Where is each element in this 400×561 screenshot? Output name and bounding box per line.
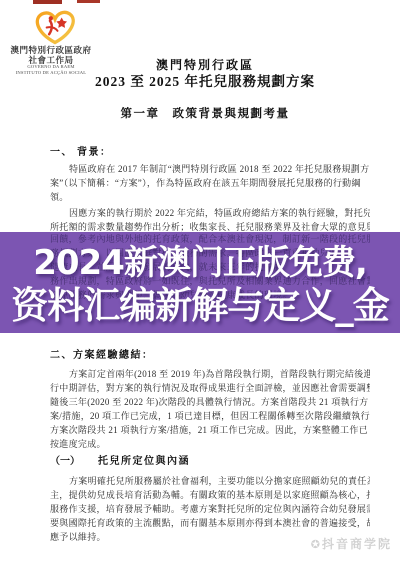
- para1-line: 特區政府在 2017 年制訂“澳門特別行政區 2018 至 2022 年托兒服務…: [50, 163, 370, 176]
- para4-line: 方案明確托兒所服務屬於社會福利，主要功能以分擔家庭照顧幼兒的責任為: [50, 475, 370, 488]
- para4-line: 要與國際托育政策的主流觀點，而有關基本原則亦得到本澳社會的普遍接受，故: [50, 517, 370, 530]
- red-seal-remnant-right: [77, 0, 100, 3]
- doc-title-plan: 2023 至 2025 年托兒服務規劃方案: [45, 70, 365, 90]
- para3-line: 方案訂定首兩年(2018 至 2019 年)為首階段執行期，首階段執行期完結後進: [50, 368, 370, 381]
- watermark-logo-icon: ✪: [311, 538, 320, 551]
- chapter-heading: 第一章 政策背景與規劃考量: [45, 105, 365, 121]
- spam-headline-line2: 资料汇编新解与定义_金: [0, 286, 400, 326]
- para3-line: 案/措施，20 項工作已完成，1 項已達目標，但因工程關係轉至次階段繼續執行；: [50, 410, 370, 423]
- para3-line: 按進度完成。: [50, 438, 370, 451]
- section1-heading: 一、 背景：: [50, 143, 112, 158]
- image-watermark: ✪抖音商学院: [311, 535, 392, 552]
- para2-line: 因應方案的執行期於 2022 年完結，特區政府總結方案的執行經驗，對托兒: [50, 207, 370, 220]
- para3-line: 行中期評估，對方案的執行情況及取得成果進行全面評檢，並因應社會需要調整: [50, 382, 370, 395]
- para3-line: 方案次階段共 21 項執行方案/措施，21 項工作已完成。因此，方案整體工作已: [50, 424, 370, 437]
- ias-heart-logo-icon: [30, 9, 80, 46]
- spam-headline-line1: 2024新澳门正版免费,: [0, 245, 400, 281]
- subsection-number: （一）: [50, 456, 80, 467]
- para1-line: 領。: [50, 191, 370, 204]
- watermark-text: 抖音商学院: [322, 537, 392, 551]
- section2-heading: 二、方案經驗總結：: [50, 346, 154, 361]
- para1-line: 案”（以下簡稱：“方案”），作為特區政府在該五年期間發展托兒服務的行動綱: [50, 177, 370, 190]
- para4-line: 服務作支援，培育發展予輔助。考慮方案對托兒所的定位與內涵符合幼兒發展需: [50, 503, 370, 516]
- subsection-heading: （一）托兒所定位與內涵: [50, 452, 190, 467]
- para4-line: 主，提供幼兒成長培育活動為輔。有關政策的基本原則是以家庭照顧為核心，托兒: [50, 489, 370, 502]
- document-page: 澳門特別行政區政府 社會工作局 GOVERNO DA RAEM INSTITUT…: [0, 0, 400, 561]
- red-seal-remnant-left: [33, 0, 62, 4]
- para3-line: 隨後三年(2020 至 2022 年)次階段的具體執行情況。方案首階段共 21 …: [50, 396, 370, 409]
- subsection-title: 托兒所定位與內涵: [98, 456, 190, 467]
- spam-overlay-band: 回饋，參考內地與外地的托育政策，配合本澳社會現況，制訂新一階段的托兒服 務規劃方…: [0, 232, 400, 333]
